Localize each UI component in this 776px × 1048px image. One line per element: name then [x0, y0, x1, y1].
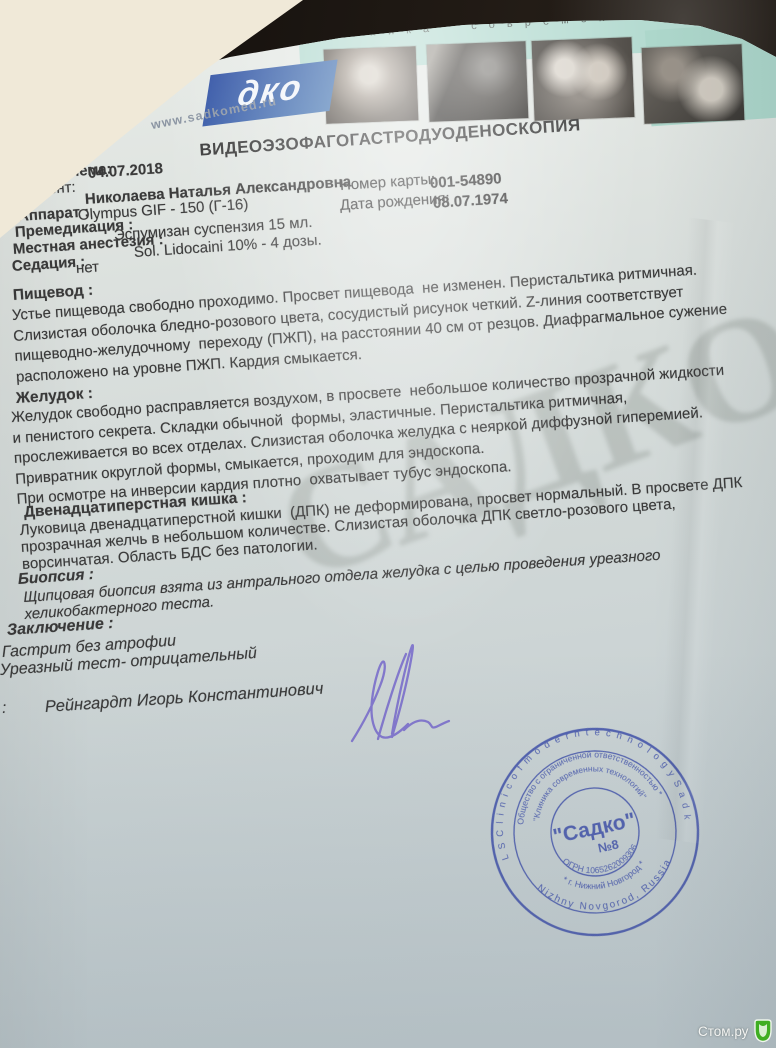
site-credit: Стом.ру [698, 1016, 776, 1046]
site-credit-text: Стом.ру [698, 1024, 748, 1039]
document-sheet: к л и н и к а с о в р е м е н н ы х т е … [0, 0, 776, 1048]
site-credit-tooth-icon [752, 1019, 774, 1043]
photo-background: к л и н и к а с о в р е м е н н ы х т е … [0, 0, 776, 1048]
paper-lighting [0, 0, 776, 1048]
